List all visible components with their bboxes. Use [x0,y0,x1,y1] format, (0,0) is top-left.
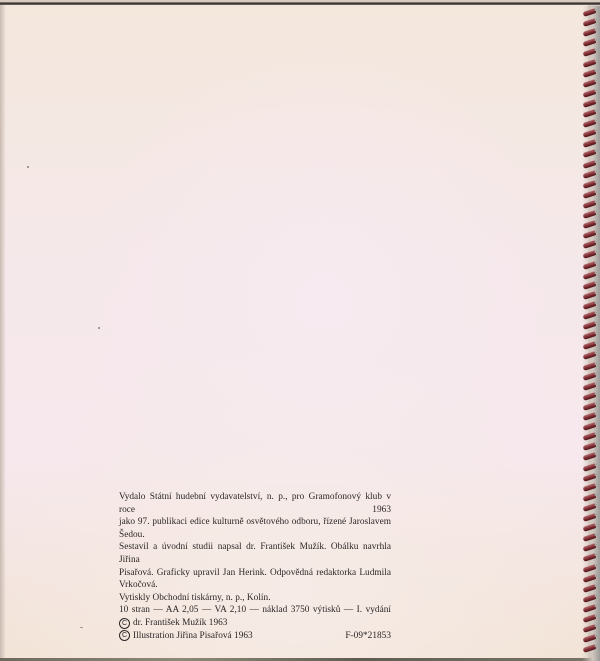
colophon-line: Vytiskly Obchodní tiskárny, n. p., Kolín… [119,592,391,605]
spiral-coil [583,59,597,68]
spiral-coil [583,271,597,280]
copyright-illustration: Illustration Jiřina Pisařová 1963 [133,630,253,643]
spiral-coil [583,210,597,219]
spiral-coil [583,453,597,462]
spiral-coil [583,634,597,643]
spiral-coil [583,251,597,260]
spiral-coil [583,483,597,492]
spiral-coil [583,543,597,552]
spiral-coil [583,321,597,330]
spiral-coil [583,584,597,593]
spiral-coil [583,79,597,88]
spiral-coil [583,513,597,522]
spiral-coil [583,594,597,603]
paper-speck [80,627,83,628]
copyright-illustration-row: C Illustration Jiřina Pisařová 1963 F-09… [119,630,391,643]
spiral-coil [583,129,597,138]
copyright-author: dr. František Mužík 1963 [133,617,227,630]
colophon-line: 10 stran — AA 2,05 — VA 2,10 — náklad 37… [119,604,391,617]
page-gutter-shadow [0,4,6,660]
spiral-coil [583,352,597,361]
page-top-edge [0,2,600,5]
catalog-number: F-09*21853 [345,630,391,643]
spiral-coil [583,291,597,300]
spiral-coil [583,38,597,47]
spiral-coil [583,442,597,451]
spiral-coil [583,463,597,472]
spiral-coil [583,564,597,573]
spiral-coil [583,89,597,98]
spiral-coil [583,331,597,340]
spiral-coil [583,523,597,532]
spiral-coil [583,119,597,128]
spiral-coil [583,604,597,613]
spiral-coil [583,109,597,118]
spiral-coil [583,382,597,391]
spiral-coil [583,170,597,179]
spiral-coil [583,412,597,421]
spiral-coil [583,372,597,381]
spiral-coil [583,139,597,148]
spiral-coil [583,261,597,270]
spiral-coil [583,533,597,542]
spiral-binding [582,6,600,661]
spiral-coil [583,362,597,371]
spiral-coil [583,392,597,401]
spiral-coil [583,422,597,431]
spiral-coil [583,220,597,229]
spiral-coil [583,18,597,27]
spiral-coil [583,574,597,583]
spiral-coil [583,180,597,189]
copyright-icon: C [119,630,130,641]
spiral-coil [583,624,597,633]
paper-speck [27,166,29,168]
spiral-coil [583,160,597,169]
colophon-line: Sestavil a úvodní studii napsal dr. Fran… [119,541,391,566]
spiral-coil [583,28,597,37]
colophon-text-block: Vydalo Státní hudební vydavatelství, n. … [119,491,391,642]
spiral-coil [583,99,597,108]
spiral-coil [583,69,597,78]
spiral-coil [583,644,597,653]
spiral-coil [583,402,597,411]
spiral-coil [583,614,597,623]
spiral-coil [583,230,597,239]
spiral-coil [583,49,597,58]
colophon-line: Vydalo Státní hudební vydavatelství, n. … [119,491,391,516]
spiral-coil [583,341,597,350]
spiral-coil [583,190,597,199]
copyright-icon: C [119,618,130,629]
spiral-coil [583,8,597,17]
spiral-coil [583,200,597,209]
colophon-line: Pisařová. Graficky upravil Jan Herink. O… [119,567,391,592]
spiral-coil [583,240,597,249]
spiral-coil [583,473,597,482]
spiral-coil [583,150,597,159]
spiral-coil [583,311,597,320]
spiral-coil [583,503,597,512]
spiral-coil [583,554,597,563]
spiral-coil [583,432,597,441]
copyright-author-row: C dr. František Mužík 1963 [119,617,391,630]
colophon-line: jako 97. publikaci edice kulturně osvěto… [119,516,391,541]
spiral-coil [583,281,597,290]
spiral-coil [583,301,597,310]
paper-speck [98,327,100,329]
spiral-coil [583,493,597,502]
